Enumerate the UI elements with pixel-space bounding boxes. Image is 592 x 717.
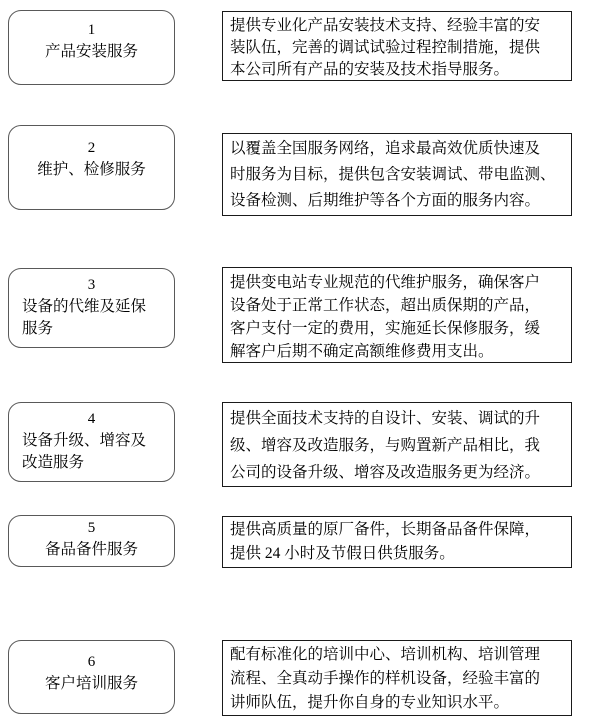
- service-description: 提供变电站专业规范的代维护服务，确保客户 设备处于正常工作状态，超出质保期的产品…: [223, 268, 571, 365]
- service-node-3: 3 设备的代维及延保 服务: [8, 268, 175, 348]
- service-name: 产品安装服务: [9, 41, 174, 63]
- service-desc-box-5: 提供高质量的原厂备件，长期备品备件保障， 提供 24 小时及节假日供货服务。: [222, 516, 572, 568]
- service-node-4: 4 设备升级、增容及 改造服务: [8, 402, 175, 482]
- service-name: 备品备件服务: [9, 539, 174, 561]
- service-diagram: 1 产品安装服务 提供专业化产品安装技术支持、经验丰富的安 装队伍，完善的调试试…: [0, 0, 592, 717]
- service-number: 1: [9, 20, 174, 41]
- service-description: 以覆盖全国服务网络，追求最高效优质快速及 时服务为目标，提供包含安装调试、带电监…: [223, 134, 571, 216]
- service-number: 5: [9, 518, 174, 539]
- service-description: 提供高质量的原厂备件，长期备品备件保障， 提供 24 小时及节假日供货服务。: [223, 517, 571, 568]
- service-node-5: 5 备品备件服务: [8, 515, 175, 567]
- service-desc-box-1: 提供专业化产品安装技术支持、经验丰富的安 装队伍，完善的调试试验过程控制措施，提…: [222, 11, 572, 81]
- service-desc-box-4: 提供全面技术支持的自设计、安装、调试的升 级、增容及改造服务，与购置新产品相比，…: [222, 402, 572, 487]
- service-number: 3: [9, 275, 174, 296]
- service-number: 6: [9, 652, 174, 673]
- service-number: 2: [9, 138, 174, 159]
- service-node-2: 2 维护、检修服务: [8, 125, 175, 210]
- service-name: 客户培训服务: [9, 673, 174, 695]
- service-name: 设备升级、增容及 改造服务: [9, 430, 174, 474]
- service-number: 4: [9, 409, 174, 430]
- service-node-1: 1 产品安装服务: [8, 10, 175, 85]
- service-description: 配有标准化的培训中心、培训机构、培训管理 流程、全真动手操作的样机设备，经验丰富…: [223, 641, 571, 717]
- service-description: 提供全面技术支持的自设计、安装、调试的升 级、增容及改造服务，与购置新产品相比，…: [223, 403, 571, 488]
- service-node-6: 6 客户培训服务: [8, 640, 175, 714]
- service-desc-box-6: 配有标准化的培训中心、培训机构、培训管理 流程、全真动手操作的样机设备，经验丰富…: [222, 640, 572, 716]
- service-description: 提供专业化产品安装技术支持、经验丰富的安 装队伍，完善的调试试验过程控制措施，提…: [223, 12, 571, 83]
- service-name: 维护、检修服务: [9, 159, 174, 181]
- service-name: 设备的代维及延保 服务: [9, 296, 174, 340]
- service-desc-box-2: 以覆盖全国服务网络，追求最高效优质快速及 时服务为目标，提供包含安装调试、带电监…: [222, 133, 572, 216]
- service-desc-box-3: 提供变电站专业规范的代维护服务，确保客户 设备处于正常工作状态，超出质保期的产品…: [222, 267, 572, 363]
